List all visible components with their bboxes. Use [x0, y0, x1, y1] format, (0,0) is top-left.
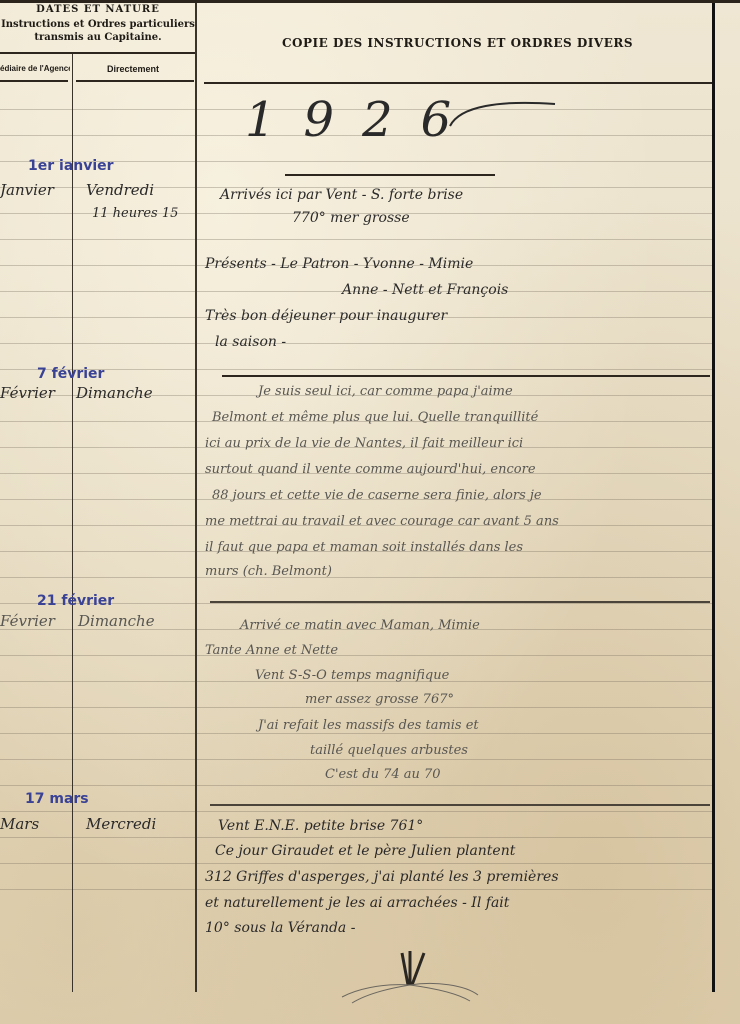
- entry-month: Janvier: [0, 181, 70, 199]
- date-annotation: 1er ianvier: [28, 158, 114, 174]
- entry-line: J'ai refait les massifs des tamis et: [258, 718, 479, 733]
- date-annotation: 21 février: [37, 593, 114, 609]
- entry-line: taillé quelques arbustes: [310, 743, 468, 758]
- header-instructions: Instructions et Ordres particuliers: [0, 19, 196, 30]
- page-border: [712, 0, 715, 992]
- entry-line: Vent S-S-O temps magnifique: [255, 668, 449, 683]
- entry-day: Mercredi: [86, 815, 156, 833]
- entry-separator: [210, 804, 710, 806]
- entry-line: mer assez grosse 767°: [305, 692, 454, 707]
- entry-line: Je suis seul ici, car comme papa j'aime: [258, 384, 513, 399]
- header-transmis: transmis au Capitaine.: [0, 32, 196, 43]
- entry-line: C'est du 74 au 70: [325, 767, 441, 782]
- top-edge: [0, 0, 740, 3]
- entry-day: Dimanche: [78, 612, 155, 630]
- entry-line: 10° sous la Véranda -: [205, 920, 355, 936]
- sprout-sketch-icon: [340, 945, 480, 1005]
- entry-line: et naturellement je les ai arrachées - I…: [205, 895, 509, 911]
- entry-line: Vent E.N.E. petite brise 761°: [218, 818, 423, 834]
- entry-line: Anne - Nett et François: [342, 282, 508, 298]
- year-underline: [285, 174, 495, 176]
- header-rule: [76, 80, 194, 82]
- entry-day: Vendredi: [86, 181, 154, 199]
- entry-line: 312 Griffes d'asperges, j'ai planté les …: [205, 869, 559, 885]
- header-dates-nature: DATES ET NATURE: [0, 4, 196, 15]
- entry-line: surtout quand il vente comme aujourd'hui…: [205, 462, 536, 477]
- entry-separator: [222, 375, 710, 377]
- entry-line: me mettrai au travail et avec courage ca…: [205, 514, 559, 529]
- entry-line: 770° mer grosse: [292, 210, 410, 226]
- entry-line: 88 jours et cette vie de caserne sera fi…: [212, 488, 542, 503]
- entry-time: 11 heures 15: [92, 206, 178, 221]
- header-rule: [0, 52, 195, 54]
- year-flourish: [440, 98, 560, 128]
- entry-line: murs (ch. Belmont): [205, 564, 332, 579]
- entry-month: Février: [0, 612, 70, 630]
- column-header-agence: édiaire de l'Agence: [0, 64, 70, 73]
- entry-day: Dimanche: [76, 384, 153, 402]
- entry-line: Présents - Le Patron - Yvonne - Mimie: [205, 256, 473, 272]
- column-header-directement: Directement: [74, 64, 192, 74]
- column-divider: [195, 0, 197, 992]
- date-annotation: 7 février: [37, 366, 104, 382]
- page-title: COPIE DES INSTRUCTIONS ET ORDRES DIVERS: [205, 36, 710, 50]
- entry-month: Mars: [0, 815, 70, 833]
- entry-line: Tante Anne et Nette: [205, 643, 338, 658]
- entry-line: Arrivé ce matin avec Maman, Mimie: [240, 618, 480, 633]
- logbook-page: DATES ET NATURE Instructions et Ordres p…: [0, 0, 740, 1024]
- entry-line: Ce jour Giraudet et le père Julien plant…: [215, 843, 515, 859]
- entry-line: la saison -: [215, 334, 286, 350]
- header-rule: [204, 82, 712, 84]
- entry-separator: [210, 601, 710, 603]
- entry-line: Belmont et même plus que lui. Quelle tra…: [212, 410, 538, 425]
- entry-month: Février: [0, 384, 70, 402]
- column-divider: [72, 52, 73, 992]
- entry-line: ici au prix de la vie de Nantes, il fait…: [205, 436, 523, 451]
- entry-line: Arrivés ici par Vent - S. forte brise: [220, 187, 463, 203]
- date-annotation: 17 mars: [25, 791, 89, 807]
- entry-line: Très bon déjeuner pour inaugurer: [205, 308, 447, 324]
- entry-line: il faut que papa et maman soit installés…: [205, 540, 523, 555]
- header-rule: [0, 80, 68, 82]
